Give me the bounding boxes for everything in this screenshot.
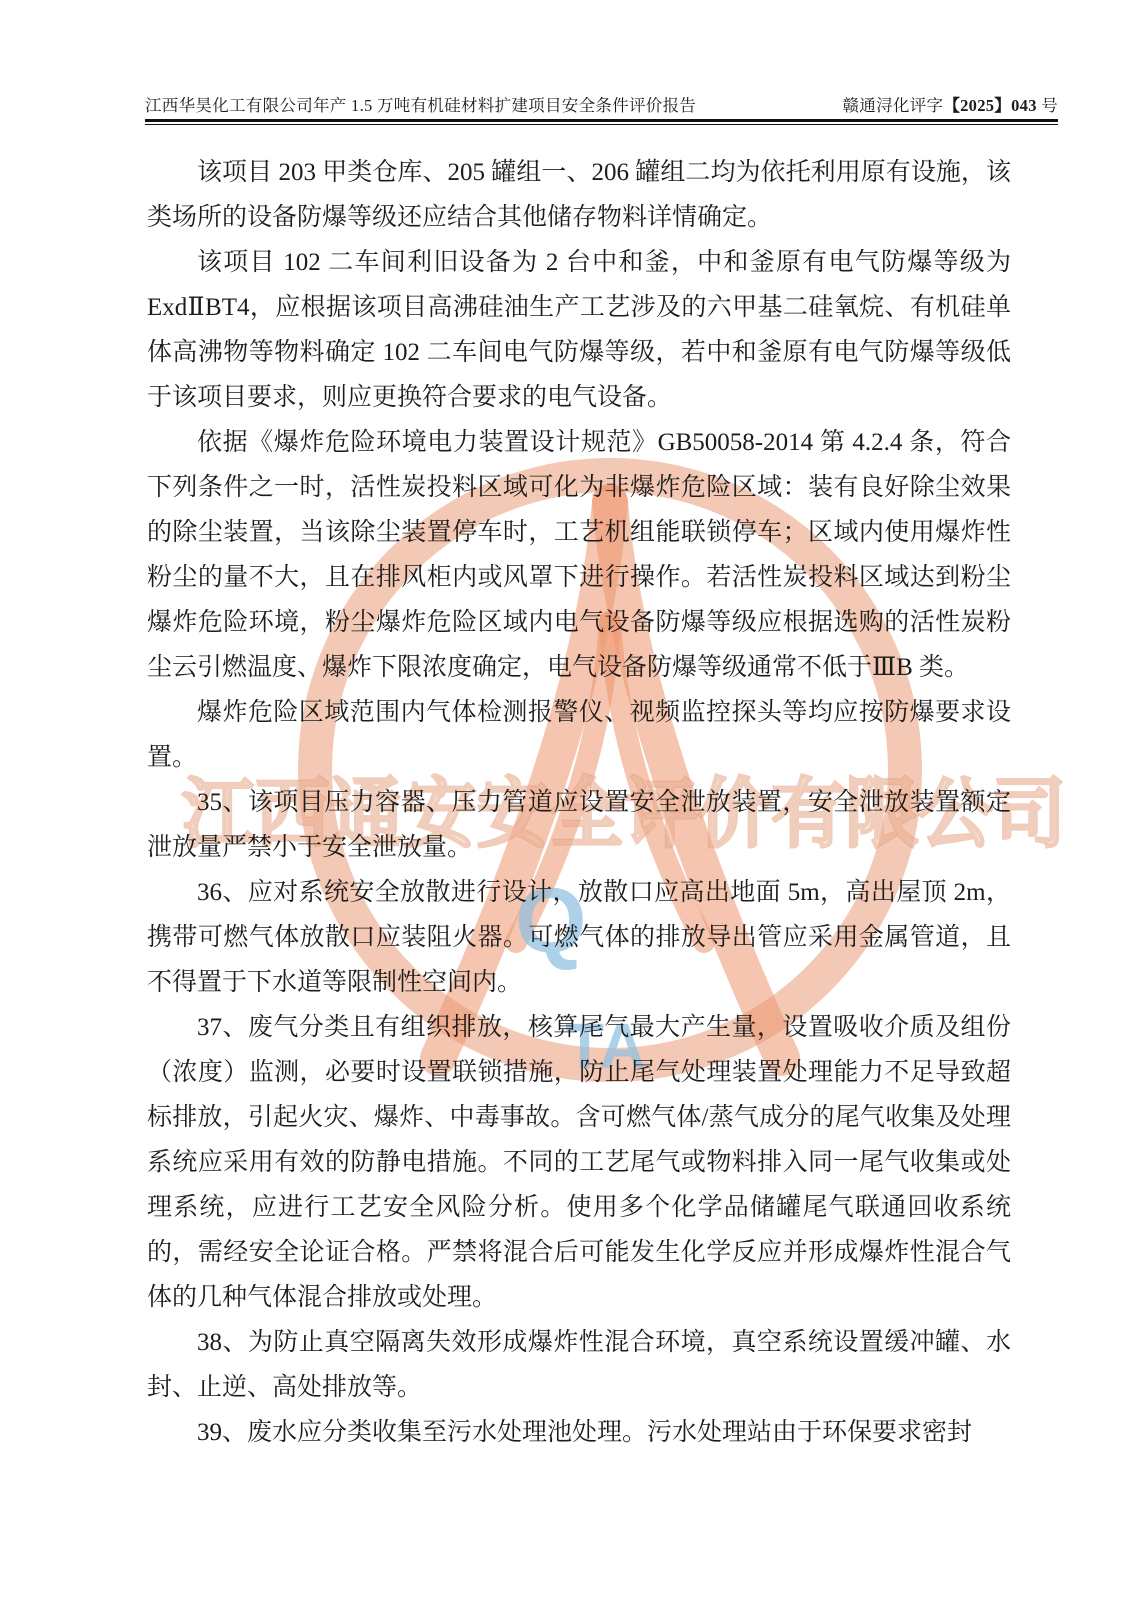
paragraph: 36、应对系统安全放散进行设计，放散口应高出地面 5m，高出屋顶 2m，携带可燃… — [147, 870, 1011, 1005]
header-rule-thick — [145, 119, 1058, 122]
paragraph: 38、为防止真空隔离失效形成爆炸性混合环境，真空系统设置缓冲罐、水封、止逆、高处… — [147, 1320, 1011, 1410]
doc-number-value: 【2025】043 — [943, 96, 1036, 115]
doc-number-prefix: 赣通浔化评字 — [843, 96, 944, 115]
paragraph: 37、废气分类且有组织排放，核算尾气最大产生量，设置吸收介质及组份（浓度）监测，… — [147, 1005, 1011, 1320]
paragraph: 39、废水应分类收集至污水处理池处理。污水处理站由于环保要求密封 — [147, 1410, 1011, 1455]
paragraph: 35、该项目压力容器、压力管道应设置安全泄放装置，安全泄放装置额定泄放量严禁小于… — [147, 780, 1011, 870]
paragraph: 该项目 203 甲类仓库、205 罐组一、206 罐组二均为依托利用原有设施，该… — [147, 150, 1011, 240]
doc-number-suffix: 号 — [1037, 96, 1058, 115]
doc-number: 赣通浔化评字【2025】043 号 — [843, 92, 1059, 116]
header-rule-thin — [145, 124, 1058, 125]
document-page: Q TA 江西通安安全评价有限公司 江西华昊化工有限公司年产 1.5 万吨有机硅… — [0, 0, 1131, 1600]
paragraph: 爆炸危险区域范围内气体检测报警仪、视频监控探头等均应按防爆要求设置。 — [147, 690, 1011, 780]
page-header: 江西华昊化工有限公司年产 1.5 万吨有机硅材料扩建项目安全条件评价报告 赣通浔… — [145, 92, 1058, 116]
document-body: 该项目 203 甲类仓库、205 罐组一、206 罐组二均为依托利用原有设施，该… — [147, 150, 1011, 1455]
paragraph: 依据《爆炸危险环境电力装置设计规范》GB50058-2014 第 4.2.4 条… — [147, 420, 1011, 690]
header-title: 江西华昊化工有限公司年产 1.5 万吨有机硅材料扩建项目安全条件评价报告 — [145, 92, 696, 116]
paragraph: 该项目 102 二车间利旧设备为 2 台中和釜，中和釜原有电气防爆等级为 Exd… — [147, 240, 1011, 420]
